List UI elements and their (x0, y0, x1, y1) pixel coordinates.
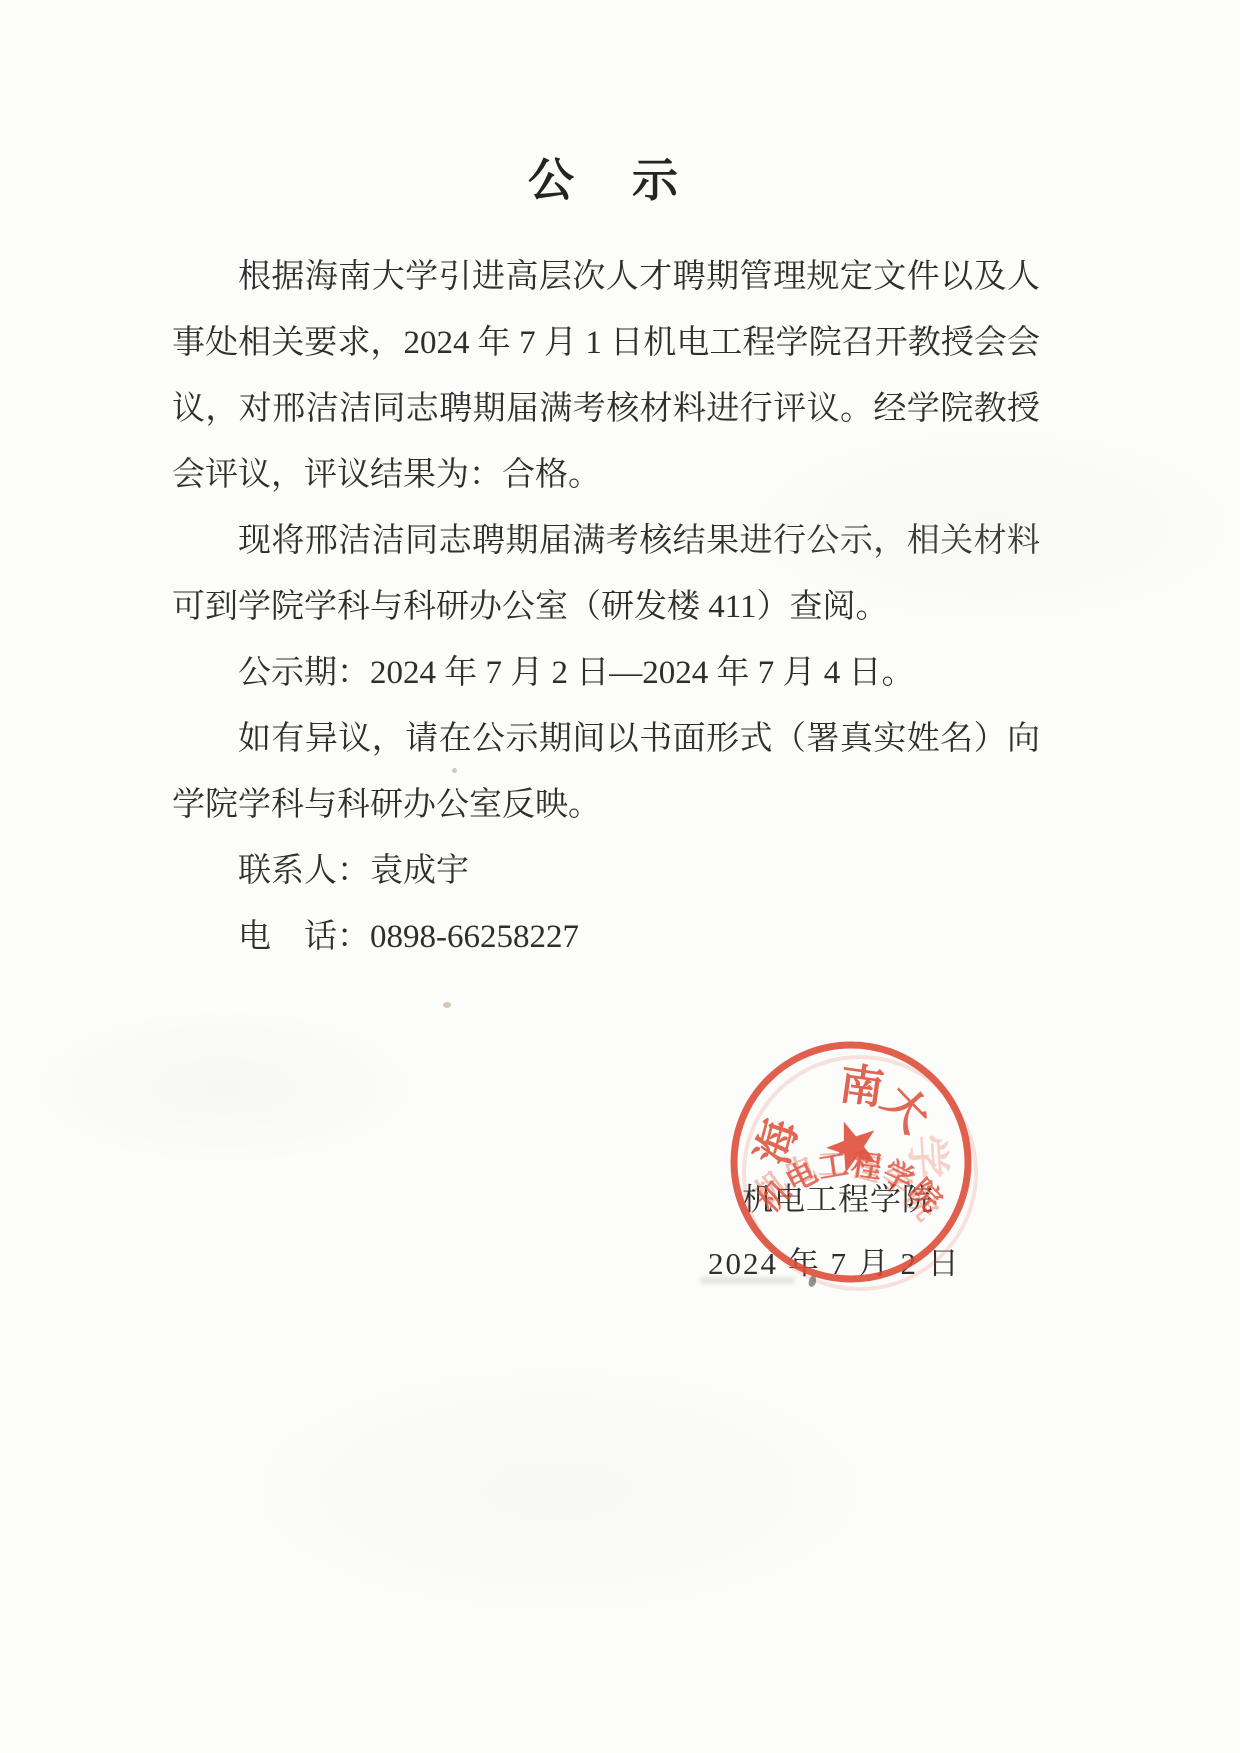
ink-speck (443, 1002, 451, 1008)
body-line: 电 话：0898-66258227 (172, 904, 1040, 970)
body-line: 如有异议，请在公示期间以书面形式（署真实姓名）向 (172, 706, 1040, 772)
announcement-body: 根据海南大学引进高层次人才聘期管理规定文件以及人 事处相关要求，2024 年 7… (172, 244, 1040, 970)
body-line: 可到学院学科与科研办公室（研发楼 411）查阅。 (172, 574, 1040, 640)
official-seal: 海 南 大 学 机电工程学院 机电工程学院 (721, 1032, 981, 1292)
scanned-announcement-page: 公 示 根据海南大学引进高层次人才聘期管理规定文件以及人 事处相关要求，2024… (0, 0, 1240, 1753)
body-line: 公示期：2024 年 7 月 2 日—2024 年 7 月 4 日。 (172, 640, 1040, 706)
body-line: 现将邢洁洁同志聘期届满考核结果进行公示，相关材料 (172, 508, 1040, 574)
scan-smudge (700, 1277, 795, 1284)
body-line: 议，对邢洁洁同志聘期届满考核材料进行评议。经学院教授 (172, 376, 1040, 442)
body-line: 事处相关要求，2024 年 7 月 1 日机电工程学院召开教授会会 (172, 310, 1040, 376)
page-title: 公 示 (172, 144, 1040, 210)
body-line: 根据海南大学引进高层次人才聘期管理规定文件以及人 (172, 244, 1040, 310)
scan-edge-shadow (0, 1748, 1240, 1753)
body-line: 学院学科与科研办公室反映。 (172, 772, 1040, 838)
body-line: 联系人：袁成宇 (172, 838, 1040, 904)
ink-speck (452, 768, 457, 773)
body-line: 会评议，评议结果为：合格。 (172, 442, 1040, 508)
